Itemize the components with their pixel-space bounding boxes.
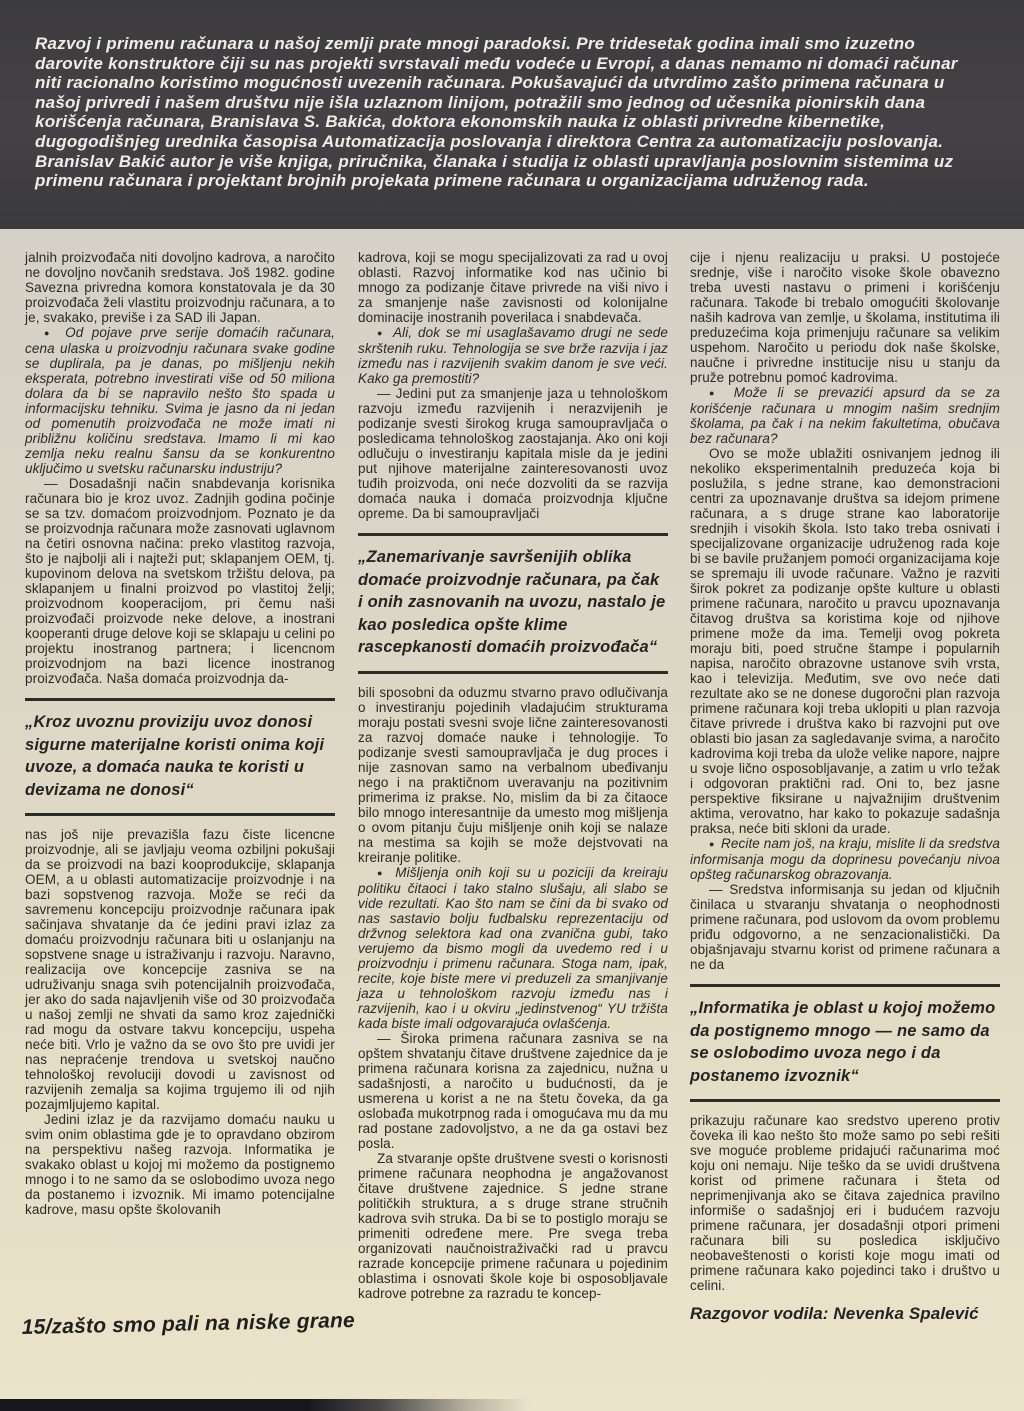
paragraph: Za stvaranje opšte društvene svesti o ko…: [358, 1151, 668, 1301]
question-bullet-icon: ●: [709, 388, 734, 398]
question-bullet-icon: ●: [377, 328, 393, 338]
text-column-2: kadrova, koji se mogu specijalizovati za…: [358, 250, 668, 1301]
paragraph: — Dosadašnji način snabdevanja korisnika…: [25, 476, 335, 686]
paragraph: nas još nije prevazišla fazu čiste licen…: [25, 827, 335, 1112]
paragraph: kadrova, koji se mogu specijalizovati za…: [358, 250, 668, 325]
byline: Razgovor vodila: Nevenka Spalević: [690, 1303, 1000, 1324]
article-intro-block: Razvoj i primenu računara u našoj zemlji…: [0, 0, 1024, 229]
pull-quote: „Informatika je oblast u kojoj možemo da…: [690, 984, 1000, 1102]
paragraph: — Jedini put za smanjenje jaza u tehnolo…: [358, 386, 668, 521]
paragraph: cije i njenu realizaciju u praksi. U pos…: [690, 250, 1000, 385]
paragraph: prikazuju računare kao sredstvo upereno …: [690, 1113, 1000, 1293]
pull-quote-text: „Informatika je oblast u kojoj možemo da…: [690, 997, 1000, 1087]
pull-quote-text: „Zanemarivanje savršenijih oblika domaće…: [358, 546, 668, 659]
pull-quote: „Zanemarivanje savršenijih oblika domaće…: [358, 533, 668, 674]
text-column-3: cije i njenu realizaciju u praksi. U pos…: [690, 250, 1000, 1324]
paragraph: Ovo se može ublažiti osnivanjem jednog i…: [690, 446, 1000, 836]
paragraph: bili sposobni da oduzmu stvarno pravo od…: [358, 685, 668, 865]
paragraph: Jedini izlaz je da razvijamo domaću nauk…: [25, 1112, 335, 1217]
question-bullet-icon: ●: [44, 328, 65, 338]
page-footer-slogan: 15/zašto smo pali na niske grane: [22, 1307, 442, 1339]
article-intro-text: Razvoj i primenu računara u našoj zemlji…: [35, 34, 979, 191]
magazine-page: Razvoj i primenu računara u našoj zemlji…: [0, 0, 1024, 1411]
bottom-edge-bar: [0, 1399, 530, 1411]
paragraph: — Sredstva informisanja su jedan od klju…: [690, 882, 1000, 972]
pull-quote-text: „Kroz uvoznu proviziju uvoz donosi sigur…: [25, 711, 335, 801]
interview-question: ● Od pojave prve serije domaćih računara…: [25, 325, 335, 476]
question-bullet-icon: ●: [709, 839, 721, 849]
interview-question: ● Može li se prevazići apsurd da se za k…: [690, 385, 1000, 446]
question-bullet-icon: ●: [377, 868, 395, 878]
interview-question: ● Mišljenja onih koji su u poziciji da k…: [358, 865, 668, 1031]
interview-question: ● Recite nam još, na kraju, mislite li d…: [690, 836, 1000, 882]
paragraph: — Široka primena računara zasniva se na …: [358, 1031, 668, 1151]
interview-question: ● Ali, dok se mi usaglašavamo drugi ne s…: [358, 325, 668, 386]
text-column-1: jalnih proizvođača niti dovoljno kadrova…: [25, 250, 335, 1217]
paragraph: jalnih proizvođača niti dovoljno kadrova…: [25, 250, 335, 325]
pull-quote: „Kroz uvoznu proviziju uvoz donosi sigur…: [25, 698, 335, 816]
